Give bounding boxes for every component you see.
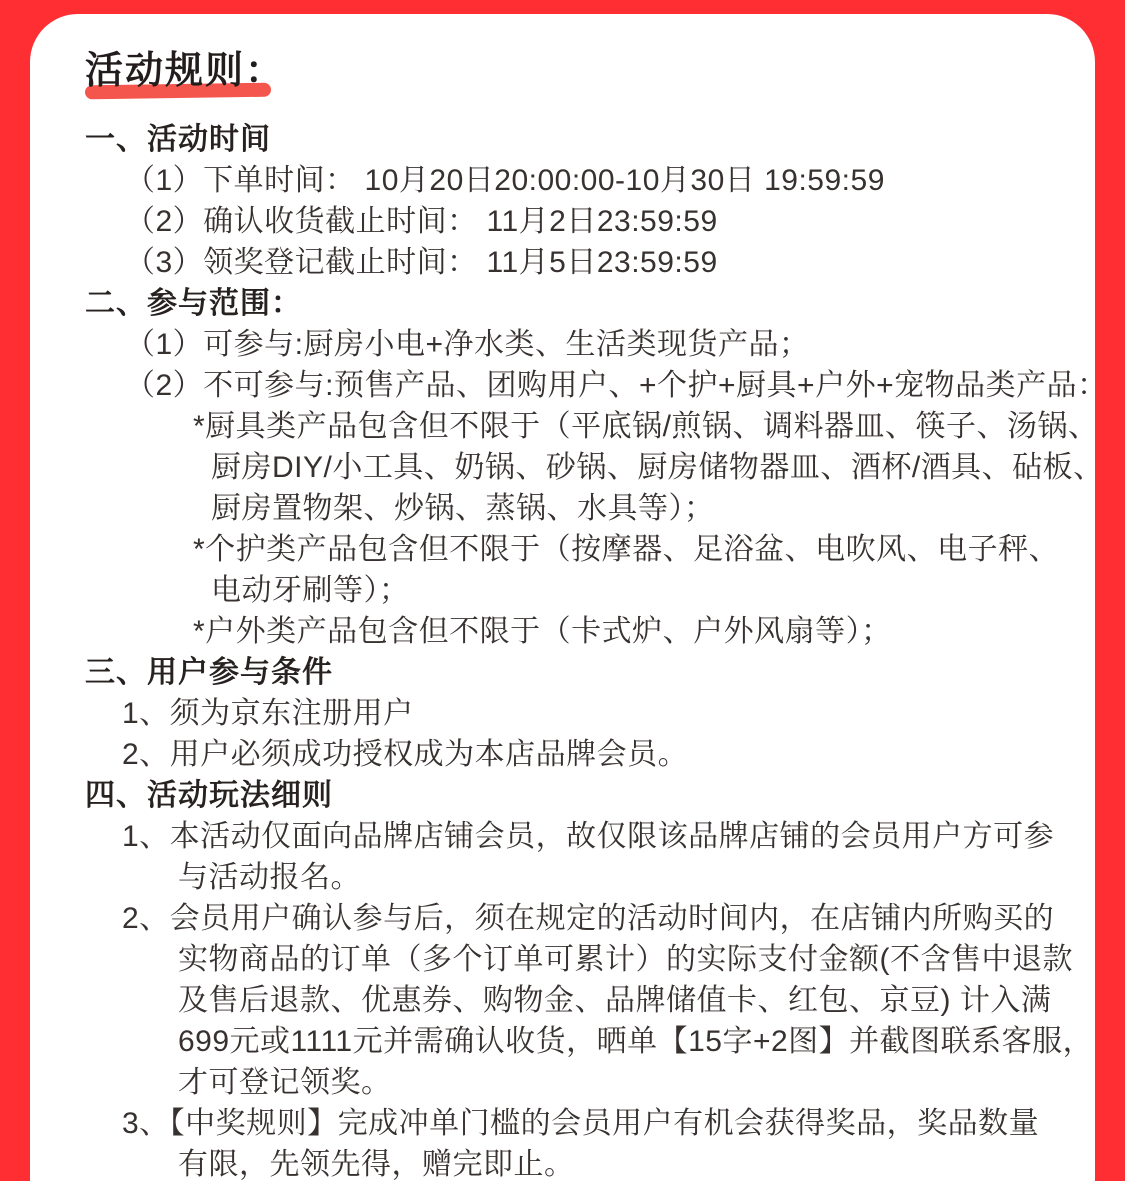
page-title-block: 活动规则：: [85, 48, 285, 94]
rule-line: *个护类产品包含但不限于（按摩器、足浴盆、电吹风、电子秤、: [85, 529, 1081, 570]
rule-line: 电动牙刷等）；: [85, 570, 1081, 611]
rule-line: 实物商品的订单（多个订单可累计）的实际支付金额(不含售中退款: [85, 939, 1081, 980]
rule-line: 厨房DIY/小工具、奶锅、砂锅、厨房储物器皿、酒杯/酒具、砧板、: [85, 447, 1081, 488]
rule-line: 2、会员用户确认参与后，须在规定的活动时间内，在店铺内所购买的: [85, 898, 1081, 939]
rule-line: 1、本活动仅面向品牌店铺会员，故仅限该品牌店铺的会员用户方可参: [85, 816, 1081, 857]
section-heading: 一、活动时间: [85, 119, 1081, 160]
rule-line: （3）领奖登记截止时间： 11月5日23:59:59: [85, 242, 1081, 283]
section-heading: 二、参与范围：: [85, 283, 1081, 324]
rule-line: *厨具类产品包含但不限于（平底锅/煎锅、调料器皿、筷子、汤锅、: [85, 406, 1081, 447]
rule-line: 2、用户必须成功授权成为本店品牌会员。: [85, 734, 1081, 775]
rule-line: 才可登记领奖。: [85, 1062, 1081, 1103]
rule-line: 及售后退款、优惠券、购物金、品牌储值卡、红包、京豆) 计入满: [85, 980, 1081, 1021]
rule-line: （2）确认收货截止时间： 11月2日23:59:59: [85, 201, 1081, 242]
rule-line: 与活动报名。: [85, 857, 1081, 898]
rule-line: 3、【中奖规则】完成冲单门槛的会员用户有机会获得奖品，奖品数量: [85, 1103, 1081, 1144]
promo-rules-page: { "page": { "title": "活动规则：", "accent_re…: [0, 0, 1125, 1181]
rule-line: （2）不可参与:预售产品、团购用户、+个护+厨具+户外+宠物品类产品：: [85, 365, 1081, 406]
rule-line: *户外类产品包含但不限于（卡式炉、户外风扇等）；: [85, 611, 1081, 652]
rules-list: 一、活动时间（1）下单时间： 10月20日20:00:00-10月30日 19:…: [85, 119, 1081, 1181]
rule-line: 1、须为京东注册用户: [85, 693, 1081, 734]
rule-line: （1）下单时间： 10月20日20:00:00-10月30日 19:59:59: [85, 160, 1081, 201]
section-heading: 三、用户参与条件: [85, 652, 1081, 693]
rules-card: 活动规则： 一、活动时间（1）下单时间： 10月20日20:00:00-10月3…: [30, 14, 1095, 1181]
page-title: 活动规则：: [85, 48, 285, 94]
rule-line: 699元或1111元并需确认收货，晒单【15字+2图】并截图联系客服，: [85, 1021, 1081, 1062]
rule-line: 有限，先领先得，赠完即止。: [85, 1144, 1081, 1181]
section-heading: 四、活动玩法细则: [85, 775, 1081, 816]
rule-line: 厨房置物架、炒锅、蒸锅、水具等）；: [85, 488, 1081, 529]
rule-line: （1）可参与:厨房小电+净水类、生活类现货产品；: [85, 324, 1081, 365]
